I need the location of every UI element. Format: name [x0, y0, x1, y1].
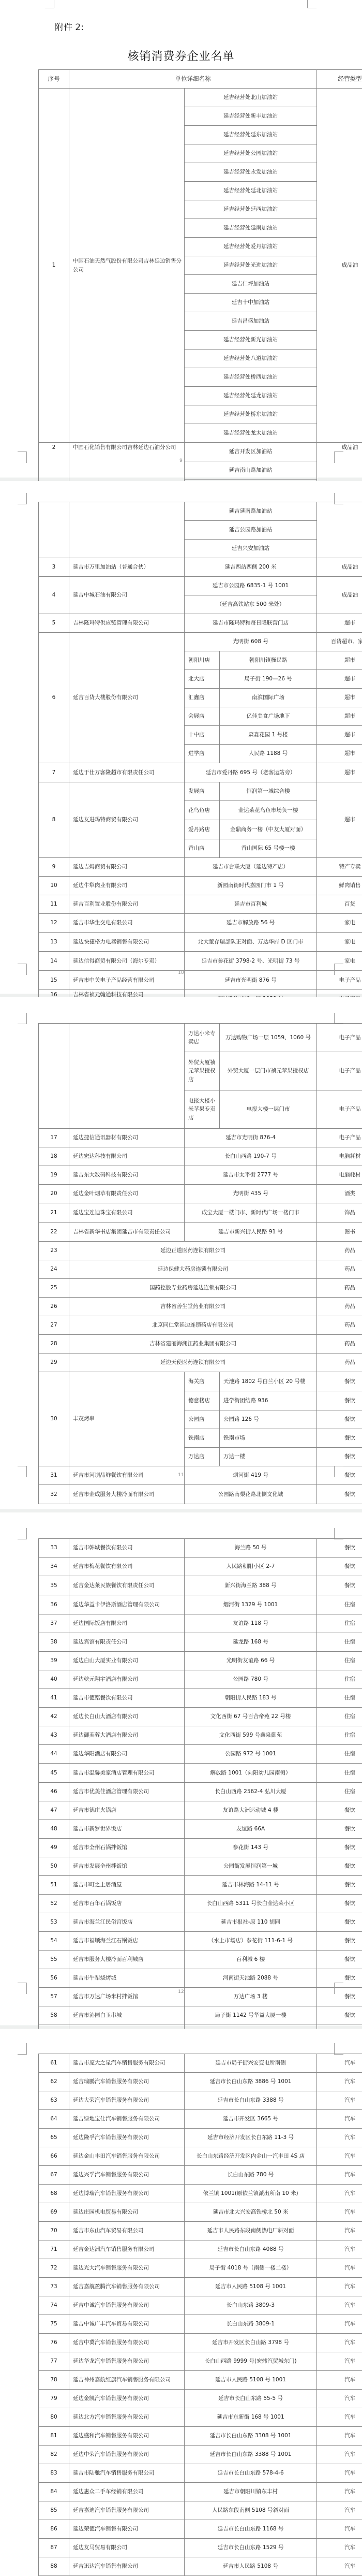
cell-address: 森淼花园 1 号楼 — [220, 726, 317, 745]
cell-address: 香山国际 65 号楼一楼 — [220, 839, 317, 858]
cell-company: 延边国际饭店有限公司 — [69, 1614, 185, 1633]
cell-company: 延吉市金成服务大楼冷面有限公司 — [69, 1485, 185, 1504]
cell-no: 86 — [39, 2520, 69, 2539]
attachment-label: 附件 2: — [55, 20, 84, 33]
station-row: 1中国石油天然气股份有限公司吉林延边销售分公司延吉经营处北山加油站成品油 — [39, 89, 362, 107]
table-row: 32延吉市金成服务大楼冷面有限公司公园路南梨花路北侧文化城餐饮 — [39, 1485, 362, 1504]
cell-type: 电子产品 — [317, 1129, 362, 1147]
cell-type: 住宿 — [317, 1689, 362, 1708]
cell-no: 83 — [39, 2464, 69, 2483]
cell-no: 52 — [39, 1895, 69, 1913]
cell-company: 延边于仕万客隆超市有限责任公司 — [69, 763, 185, 782]
cell-type: 汽车 — [317, 2520, 362, 2539]
cell-company: 延边金凯汽车销售服务有限公司 — [69, 2390, 185, 2408]
cell-type: 餐饮 — [317, 1372, 362, 1391]
cell-address: 延吉市长白山东路 4088 号 — [185, 2240, 317, 2259]
cell-address: 延吉市开发区 3665 号 — [185, 2110, 317, 2129]
cell-company: 延边光大汽车销售服务有限公司 — [69, 2259, 185, 2278]
cell-company: 延边宾馆有限责任公司 — [69, 1633, 185, 1652]
table-row: 24延边保健大药房连锁有限公司药品 — [39, 1260, 362, 1279]
document-page-3: 万达小米专卖店万达购物广场一层 1059、1060 号电子产品外贸大厦祯元苹果授… — [0, 997, 362, 1509]
table-row: 56延吉市牛犁烧烤城河南街天池路 2088 号餐饮 — [39, 1969, 362, 1988]
cell-company: 延吉市町之上居酒屋 — [69, 1876, 185, 1895]
table-row: 29延边天使医药连锁有限公司药品 — [39, 1354, 362, 1372]
cell-address: 友谊路 118 号 — [185, 1614, 317, 1633]
cell-no: 39 — [39, 1652, 69, 1670]
cell-type: 电脑耗材 — [317, 1166, 362, 1185]
cell-company: 延边天使医药连锁有限公司 — [69, 1354, 317, 1372]
cell-no: 87 — [39, 2539, 69, 2557]
table-row: 35延吉金达莱民族餐饮有限责任公司新兴街海兰路 388 号餐饮 — [39, 1576, 362, 1595]
cell-address: 延吉市人民路 5108 号 1001 — [185, 2371, 317, 2390]
table-row: 65延边隆孚汽车销售服务有限公司延吉市经济开发区长白东路 11-3 号汽车 — [39, 2129, 362, 2147]
cell-address: 延吉市解放路 56 号 — [185, 914, 317, 933]
cell-no: 22 — [39, 1222, 69, 1242]
page-number: 12 — [0, 1989, 362, 1995]
cell-station: 延吉经营处延龙加油站 — [185, 387, 317, 405]
cell-address: 延吉市人民路东段南侧热电厂斜对面 — [185, 2222, 317, 2240]
table-row: 18延边宏达科技有限公司长白山西路 190-7 号电脑耗材 — [39, 1147, 362, 1166]
table-row: 68延边博瑞汽车销售服务有限公司依兰镇 1001(原依兰镇派出所南 10 米)汽… — [39, 2185, 362, 2203]
cell-no: 21 — [39, 1203, 69, 1222]
cell-no: 50 — [39, 1857, 69, 1876]
cell-no: 38 — [39, 1633, 69, 1652]
cell-address: 延吉西站西侧 200 米 — [185, 558, 317, 577]
cell-no: 77 — [39, 2352, 69, 2371]
cell-type: 住宿 — [317, 1652, 362, 1670]
cell-company: 延边御芙蓉大酒店有限公司 — [69, 1726, 185, 1745]
cell-no: 61 — [39, 2054, 69, 2073]
cell-type: 餐饮 — [317, 1857, 362, 1876]
table-row: 51延吉市町之上居酒屋延吉市林海路 14-11 号餐饮 — [39, 1876, 362, 1895]
cell-company: 北京同仁堂延边连锁药店有限公司 — [69, 1316, 317, 1335]
cell-type: 百货 — [317, 895, 362, 914]
table-row: 85延吉嘉迪汽车销售服务有限公司人民路东段南侧 5108 号斜对面汽车 — [39, 2501, 362, 2520]
cell-company: 延吉市韩城餐饮有限公司 — [69, 1539, 185, 1558]
cell-no: 64 — [39, 2110, 69, 2129]
cell-type: 饰品 — [317, 1203, 362, 1222]
cell-company: 延边隆孚汽车销售服务有限公司 — [69, 2129, 185, 2147]
cell-no: 29 — [39, 1354, 69, 1372]
cell-address: 公园街发展恒润第一城 — [185, 1857, 317, 1876]
cell-company: 延边惠众二手车经销有限公司 — [69, 2483, 185, 2501]
cell-address: 海兰路 50 号 — [185, 1539, 317, 1558]
table-row: 52延吉市百年石锅饭店长白山西路 5311 号长白金达莱小区餐饮 — [39, 1895, 362, 1913]
table-row: 70延吉市东山汽车贸易有限公司延吉市人民路东段南侧热电厂斜对面汽车 — [39, 2222, 362, 2240]
cell-station: 延吉经营处新光加油站 — [185, 331, 317, 350]
cell-company: 延吉市德铭餐饮有限公司 — [69, 1689, 185, 1708]
table-row: 36延边华益卡伊洛斯酒店管理有限公司烟河街 1329 号 1001住宿 — [39, 1595, 362, 1614]
cell-address: 延吉市开发区长白山路 3798 号 — [185, 2334, 317, 2352]
cell-address: 长白山西路 190-7 号 — [185, 1147, 317, 1166]
cell-store: 汇鑫店 — [185, 689, 220, 707]
cell-store: 进学店 — [185, 745, 220, 763]
cell-address: 长白山东路 3809-1 — [185, 2315, 317, 2334]
table-row: 78延吉神州嘉航红旗汽车销售服务有限公司延吉市人民路 5108 号 1001汽车 — [39, 2371, 362, 2390]
table-row: 79延边金凯汽车销售服务有限公司延吉市长白山东路 55-5 号汽车 — [39, 2390, 362, 2408]
cell-type: 住宿 — [317, 1595, 362, 1614]
cell-type: 超市 — [317, 782, 362, 858]
cell-station: 延吉南山路加油站 — [185, 461, 317, 480]
cell-address: 文化西街 67 号百合帝苑 22 号楼 — [185, 1708, 317, 1726]
cell-station: 延吉经营处爱丹加油站 — [185, 238, 317, 256]
cell-type: 餐饮 — [317, 1839, 362, 1857]
cell-no: 53 — [39, 1913, 69, 1932]
cell-address: 长白山西路 9999 号(宏炜汽贸城东门) — [185, 2352, 317, 2371]
cell-type: 汽车 — [317, 2185, 362, 2203]
cell-type: 药品 — [317, 1242, 362, 1260]
cell-company: 延吉市牛犁烧烤城 — [69, 1969, 185, 1988]
cell-address: 延吉市人民路 5108 号 — [185, 2557, 317, 2576]
cell-address: 金达莱花鸟鱼市场负一楼 — [220, 801, 317, 820]
table-row: 88延吉迅达汽车销售有限公司延吉市人民路 5108 号汽车 — [39, 2557, 362, 2576]
cell-company: 延吉神州嘉航红旗汽车销售服务有限公司 — [69, 2371, 185, 2390]
cell-no: 88 — [39, 2557, 69, 2576]
table-row: 64延吉绿地宝仕汽车销售服务有限公司延吉市开发区 3665 号汽车 — [39, 2110, 362, 2129]
cell-address: 长白山西路 2562-4 弘川大厦 — [185, 1783, 317, 1801]
cell-company: 中国石油天然气股份有限公司吉林延边销售分公司 — [69, 89, 185, 443]
cell-address: 延龙路 168 号 — [185, 1633, 317, 1652]
cell-no: 14 — [39, 952, 69, 971]
cell-type: 电子产品 — [317, 1052, 362, 1090]
cell-station: 延吉经营处永发加油站 — [185, 163, 317, 182]
table-row: 77延边华龙汽车销售服务有限公司长白山西路 9999 号(宏炜汽贸城东门)汽车 — [39, 2352, 362, 2371]
table-row: 38延边宾馆有限责任公司延龙路 168 号住宿 — [39, 1633, 362, 1652]
cell-type: 餐饮 — [317, 1951, 362, 1969]
cell-no: 48 — [39, 1820, 69, 1839]
cell-address: 万达一楼 — [220, 1448, 317, 1466]
cell-type: 餐饮 — [317, 1801, 362, 1820]
store-row: 万达小米专卖店万达购物广场一层 1059、1060 号电子产品 — [39, 1024, 362, 1052]
cell-address: 参花街 143 号 — [185, 1839, 317, 1857]
table-row: 27北京同仁堂延边连锁药店有限公司药品 — [39, 1316, 362, 1335]
cell-store: 万达店 — [185, 1448, 220, 1466]
cell-company: 延边宝连迪珠宝有限公司 — [69, 1203, 185, 1222]
cell-type: 汽车 — [317, 2501, 362, 2520]
cell-address: 万达购物广场一层 1059、1060 号 — [220, 1024, 317, 1052]
cell-company: 延吉市庞大之星汽车销售服务有限公司 — [69, 2054, 185, 2073]
cell-no: 18 — [39, 1147, 69, 1166]
cell-type: 汽车 — [317, 2147, 362, 2166]
cell-no: 54 — [39, 1932, 69, 1951]
table-row: 10延边牛犁肉业有限公司新园南街时代嘉园门市 1 号鲜肉销售 — [39, 877, 362, 895]
cell-company: 延吉市陆驰汽车销售服务有限公司 — [69, 2464, 185, 2483]
cell-type: 电脑耗材 — [317, 1147, 362, 1166]
table-row: 7延边于仕万客隆超市有限责任公司延吉市爱丹路 695 号（老客运站旁）超市 — [39, 763, 362, 782]
cell-no: 78 — [39, 2371, 69, 2390]
cell-company: 延吉瑞鹏汽车销售服务有限公司 — [69, 2073, 185, 2091]
table-header-row: 序号 单位详细名称 经营类型 — [39, 70, 362, 89]
cell-no: 42 — [39, 1708, 69, 1726]
cell-store: 电报大楼小米苹果专卖店 — [185, 1090, 220, 1129]
cell-company: 延边宏达科技有限公司 — [69, 1147, 185, 1166]
cell-address: 延吉市百利城 — [185, 895, 317, 914]
cell-company: 延边金叶烟草有限责任公司 — [69, 1185, 185, 1203]
cell-company: 延边白山大厦实业有限公司 — [69, 1652, 185, 1670]
cell-company: 延吉市全州石锅拌饭馆 — [69, 1839, 185, 1857]
cell-type: 药品 — [317, 1316, 362, 1335]
table-row: 48延吉市新罗世界饭店友谊路 66A餐饮 — [39, 1820, 362, 1839]
cell-address: 局子街 190—26 号 — [220, 670, 317, 689]
cell-address: 人民路东段南侧 5108 号斜对面 — [185, 2501, 317, 2520]
cell-company: 延吉市新罗世界饭店 — [69, 1820, 185, 1839]
cell-address: 延吉市经济开发区长白东路 11-3 号 — [185, 2129, 317, 2147]
enterprise-table-cont: 61延吉市庞大之星汽车销售服务有限公司延吉市局子街兴安变电所南侧汽车62延吉瑞鹏… — [38, 2054, 362, 2576]
cell-no: 32 — [39, 1485, 69, 1504]
cell-type: 餐饮 — [317, 1895, 362, 1913]
cell-company: 延边北方汽车销售服务有限公司 — [69, 2408, 185, 2427]
cell-company: 延吉市发展全州拌饭馆 — [69, 1857, 185, 1876]
cell-no — [39, 1024, 69, 1129]
table-row: 20延边金叶烟草有限责任公司光明街 435 号酒类 — [39, 1185, 362, 1203]
table-row: 83延吉市陆驰汽车销售服务有限公司延吉市长白山东路 578-4-6汽车 — [39, 2464, 362, 2483]
cell-company: 延边华阳酒店有限公司 — [69, 1745, 185, 1764]
cell-no: 12 — [39, 914, 69, 933]
cell-store: 爱丹路店 — [185, 820, 220, 839]
cell-company: 延边华龙汽车销售服务有限公司 — [69, 2352, 185, 2371]
cell-type: 餐饮 — [317, 1391, 362, 1410]
cell-station: 延吉经营处延东加油站 — [185, 126, 317, 144]
cell-company: 延吉东大数码科技有限公司 — [69, 1166, 185, 1185]
table-row: 80延边北方汽车销售服务有限公司延吉市东新街 168 号 1001汽车 — [39, 2408, 362, 2427]
cell-address: 延吉市太平街 2777 号 — [185, 1166, 317, 1185]
cell-no: 79 — [39, 2390, 69, 2408]
cell-company: 延吉市福顺海兰江石锅饭店 — [69, 1932, 185, 1951]
document-page-2: 延吉延南路加油站延吉公园路加油站延吉兴安加油站3延吉市万里加油站（普通合伙）延吉… — [0, 481, 362, 994]
cell-type: 汽车 — [317, 2315, 362, 2334]
cell-no: 74 — [39, 2296, 69, 2315]
table-row: 23延边正道医药连锁有限公司药品 — [39, 1242, 362, 1260]
table-row: 19延吉东大数码科技有限公司延吉市太平街 2777 号电脑耗材 — [39, 1166, 362, 1185]
cell-type: 酒类 — [317, 1185, 362, 1203]
cell-store: 北大店 — [185, 670, 220, 689]
cell-type: 住宿 — [317, 1783, 362, 1801]
cell-type: 餐饮 — [317, 1876, 362, 1895]
cell-store: 海关店 — [185, 1372, 220, 1391]
cell-type: 汽车 — [317, 2483, 362, 2501]
cell-no: 56 — [39, 1969, 69, 1988]
cell-type: 鲜肉销售 — [317, 877, 362, 895]
cell-no: 62 — [39, 2073, 69, 2091]
document-page-1: 附件 2: 核销消费券企业名单 序号 单位详细名称 经营类型 1中国石油天然气股… — [0, 0, 362, 477]
cell-type: 汽车 — [317, 2371, 362, 2390]
table-row: 61延吉市庞大之星汽车销售服务有限公司延吉市局子街兴安变电所南侧汽车 — [39, 2054, 362, 2073]
cell-company: 延边保健大药房连锁有限公司 — [69, 1260, 317, 1279]
cell-store: 花鸟鱼店 — [185, 801, 220, 820]
group-1: 1中国石油天然气股份有限公司吉林延边销售分公司延吉经营处北山加油站成品油延吉经营… — [39, 89, 362, 443]
cell-address: 解放路 1001（向阳幼儿园南侧） — [185, 1764, 317, 1783]
cell-no: 73 — [39, 2278, 69, 2296]
cell-address: 人民路 1188 号 — [220, 745, 317, 763]
crop-mark — [18, 2043, 27, 2055]
cell-type: 图书 — [317, 1222, 362, 1242]
cell-company: 延边荣德汽车销售有限公司 — [69, 2520, 185, 2539]
table-row: 84延边惠众二手车经销有限公司延吉市朝阳川镇东丰村汽车 — [39, 2483, 362, 2501]
table-row: 87延边友马贸易有限公司延吉市长白山东路 1529 号汽车 — [39, 2539, 362, 2557]
cell-type: 特产专卖 — [317, 858, 362, 877]
table-row: 54延吉市福顺海兰江石锅饭店（水上市场店）参花街 111-6-1 号餐饮 — [39, 1932, 362, 1951]
cell-no: 49 — [39, 1839, 69, 1857]
store-row: 30丰茂烤串海关店天池路 1802 号白兰小区 20 号楼餐饮 — [39, 1372, 362, 1391]
cell-type: 成品油 — [317, 89, 362, 443]
cell-address: 延吉市台联大厦（延边特产店） — [185, 858, 317, 877]
table-row: 40延边乾元翔宇酒店有限公司公园路 780 号住宿 — [39, 1670, 362, 1689]
cell-no: 1 — [39, 89, 69, 443]
cell-no: 10 — [39, 877, 69, 895]
table-row: 50延吉市发展全州拌饭馆公园街发展恒润第一城餐饮 — [39, 1857, 362, 1876]
cell-type: 餐饮 — [317, 1448, 362, 1466]
table-row: 49延吉市全州石锅拌饭馆参花街 143 号餐饮 — [39, 1839, 362, 1857]
table-row: 45延吉市温馨美家酒店管理有限公司解放路 1001（向阳幼儿园南侧）住宿 — [39, 1764, 362, 1783]
cell-address: 百利城 6 楼 — [185, 1951, 317, 1969]
page-number: 11 — [0, 1473, 362, 1478]
header-no: 序号 — [39, 70, 69, 89]
cell-station: 延吉经营处新丰加油站 — [185, 107, 317, 126]
table-row: 21延边宝连迪珠宝有限公司成宝大厦一楼门市、新时代广场一楼门市饰品 — [39, 1203, 362, 1222]
cell-company: 吉林省建丽海澜江药业集团有限公司 — [69, 1335, 317, 1354]
cell-no: 66 — [39, 2147, 69, 2166]
cell-address: 人民路朝阳小区 2-7 — [185, 1558, 317, 1576]
cell-no: 9 — [39, 858, 69, 877]
cell-address: 朝阳川镇槿民路 — [220, 651, 317, 670]
table-row: 53延吉市海兰江民俗宫饭店延吉市报社-原 110 胡同餐饮 — [39, 1913, 362, 1932]
table-row: 9延边吉姆商贸有限公司延吉市台联大厦（延边特产店）特产专卖 — [39, 858, 362, 877]
page-separator — [0, 1509, 362, 1512]
cell-station: 延吉仁坪加油站 — [185, 275, 317, 294]
cell-address: 延吉市长白山东路 1168 号 — [185, 2520, 317, 2539]
cell-type: 餐饮 — [317, 1410, 362, 1429]
cell-no: 19 — [39, 1166, 69, 1185]
cell-type: 电子产品 — [317, 1024, 362, 1052]
table-row: 62延吉瑞鹏汽车销售服务有限公司延吉市长白山东路 3886 号 1001汽车 — [39, 2073, 362, 2091]
cell-no: 76 — [39, 2334, 69, 2352]
cell-no: 72 — [39, 2259, 69, 2278]
cell-type: 餐饮 — [317, 1558, 362, 1576]
cell-address: 朝阳街人民路 183 号 — [185, 1689, 317, 1708]
cell-company: 延吉市东山汽车贸易有限公司 — [69, 2222, 185, 2240]
cell-address: 河南街天池路 2088 号 — [185, 1969, 317, 1988]
cell-type: 成品油 — [317, 577, 362, 614]
cell-address: 光明街 608 号 — [185, 633, 317, 651]
page-number: 10 — [0, 970, 362, 976]
cell-no: 58 — [39, 2006, 69, 2025]
cell-address: 延吉市局子街兴安变电所南侧 — [185, 2054, 317, 2073]
cell-type: 住宿 — [317, 1764, 362, 1783]
crop-mark — [18, 493, 27, 504]
cell-no: 3 — [39, 558, 69, 577]
cell-address: 亿佳美食广场地下 — [220, 707, 317, 726]
cell-store: 铁南店 — [185, 1429, 220, 1448]
cell-address: 延吉市光明街 876-4 — [185, 1129, 317, 1147]
crop-mark — [18, 1013, 27, 1024]
cell-address: 长白山东路 780 号 — [185, 2166, 317, 2185]
cell-address: 延吉市林海路 14-11 号 — [185, 1876, 317, 1895]
cell-no: 80 — [39, 2408, 69, 2427]
cell-address: 延吉市长白山东路 578-4-6 — [185, 2464, 317, 2483]
cell-no: 51 — [39, 1876, 69, 1895]
cell-store: 会展店 — [185, 707, 220, 726]
cell-no: 67 — [39, 2166, 69, 2185]
cell-station: 延吉经营处延北加油站 — [185, 182, 317, 200]
cell-store: 外贸大厦祯元苹果授权店 — [185, 1052, 220, 1090]
cell-no: 17 — [39, 1129, 69, 1147]
cell-address: 新兴街海兰路 388 号 — [185, 1576, 317, 1595]
cell-address: 延吉市人民路 5108 号 1001 — [185, 2278, 317, 2296]
cell-company: 延吉嘉航盈腾汽车销售服务有限公司 — [69, 2278, 185, 2296]
table-row: 34延吉市梅花餐饮有限公司人民路朝阳小区 2-7餐饮 — [39, 1558, 362, 1576]
crop-mark — [45, 0, 54, 8]
cell-address: 延吉市参花街 3798-2 号、光明街 73 号 — [185, 952, 317, 971]
cell-type: 汽车 — [317, 2091, 362, 2110]
cell-store: 香山店 — [185, 839, 220, 858]
cell-company: 延吉中冀汽车销售服务有限公司 — [69, 2334, 185, 2352]
cell-company: 吉林省新华书店集团延吉市有限责任公司 — [69, 1222, 185, 1242]
cell-type: 住宿 — [317, 1726, 362, 1745]
enterprise-table-cont: 33延吉市韩城餐饮有限公司海兰路 50 号餐饮34延吉市梅花餐饮有限公司人民路朝… — [38, 1538, 362, 2062]
cell-type: 家电 — [317, 933, 362, 952]
cell-station: 延吉经营处北山加油站 — [185, 89, 317, 107]
cell-type: 汽车 — [317, 2259, 362, 2278]
cell-type: 汽车 — [317, 2408, 362, 2427]
cell-company: 延吉百利置业股份有限公司 — [69, 895, 185, 914]
table-row: 67延边兴孚汽车销售服务有限公司长白山东路 780 号汽车 — [39, 2166, 362, 2185]
cell-type: 超市 — [317, 670, 362, 689]
cell-no: 68 — [39, 2185, 69, 2203]
cell-company: 延吉市温馨美家酒店管理有限公司 — [69, 1764, 185, 1783]
table-row: 41延吉市德铭餐饮有限公司朝阳街人民路 183 号住宿 — [39, 1689, 362, 1708]
cell-company: 延边牛犁肉业有限公司 — [69, 877, 185, 895]
table-row: 14延边信得商贸有限公司（海尔专卖）延吉市参花街 3798-2 号、光明街 73… — [39, 952, 362, 971]
cell-address: （水上市场店）参花街 111-6-1 号 — [185, 1932, 317, 1951]
cell-no: 44 — [39, 1745, 69, 1764]
cell-company: 延吉百货大楼股份有限公司 — [69, 633, 185, 763]
cell-company: 延吉市百年石锅饭店 — [69, 1895, 185, 1913]
cell-station: 延吉经营处八道加油站 — [185, 350, 317, 368]
cell-station: 延吉经营处延南加油站 — [185, 219, 317, 238]
cell-no: 81 — [39, 2427, 69, 2446]
cell-type: 超市 — [317, 707, 362, 726]
table-row: 33延吉市韩城餐饮有限公司海兰路 50 号餐饮 — [39, 1539, 362, 1558]
cell-company: 延吉市梅花餐饮有限公司 — [69, 1558, 185, 1576]
table-row: 25国药控股专业药房延边连锁有限公司药品 — [39, 1279, 362, 1298]
cell-station: 延吉公园路加油站 — [185, 521, 317, 540]
crop-mark — [334, 2043, 343, 2055]
cell-company: 延边正道医药连锁有限公司 — [69, 1242, 317, 1260]
cell-company: 延吉金达洲汽车销售服务有限公司 — [69, 2240, 185, 2259]
cell-station: 延吉经营处光进加油站 — [185, 256, 317, 275]
station-row: 延吉延南路加油站 — [39, 502, 362, 521]
cell-no: 45 — [39, 1764, 69, 1783]
cell-station: 延吉兴安加油站 — [185, 540, 317, 558]
cell-type: 汽车 — [317, 2427, 362, 2446]
cell-company: 延吉市华生交电有限公司 — [69, 914, 185, 933]
cell-company: 丰茂烤串 — [69, 1372, 185, 1466]
cell-type: 药品 — [317, 1354, 362, 1372]
table-row: 43延边御芙蓉大酒店有限公司文化西街 599 号鑫泉御苑住宿 — [39, 1726, 362, 1745]
header-type: 经营类型 — [317, 70, 362, 89]
enterprise-table-cont: 万达小米专卖店万达购物广场一层 1059、1060 号电子产品外贸大厦祯元苹果授… — [38, 1023, 362, 1504]
cell-type: 住宿 — [317, 1745, 362, 1764]
table-row: 17延边捷信通讯器材有限公司延吉市光明街 876-4电子产品 — [39, 1129, 362, 1147]
table-row: 6延吉百货大楼股份有限公司光明街 608 号百货超市、家电 — [39, 633, 362, 651]
cell-station: 延吉经营处桥西加油站 — [185, 368, 317, 387]
table-row: 72延边光大汽车销售服务有限公司局子街 4018 号（南侧一楼二楼）汽车 — [39, 2259, 362, 2278]
table-row: 69延边庄园机电贸易有限公司延吉市北大兴安高铁桥北 50 米汽车 — [39, 2203, 362, 2222]
table-row: 37延边国际饭店有限公司友谊路 118 号住宿 — [39, 1614, 362, 1633]
cell-type: 住宿 — [317, 1708, 362, 1726]
table-row: 46延吉市优美佳酒店管理有限公司长白山西路 2562-4 弘川大厦住宿 — [39, 1783, 362, 1801]
cell-type: 汽车 — [317, 2390, 362, 2408]
